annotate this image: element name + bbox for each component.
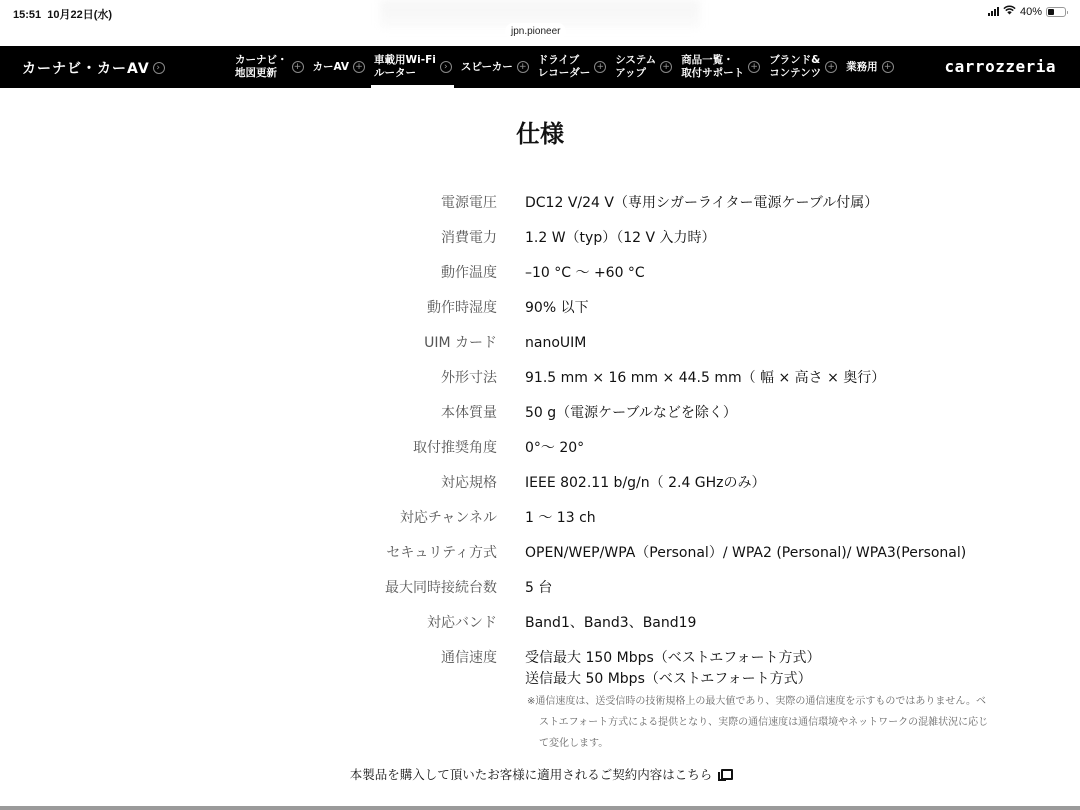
spec-value: 50 g（電源ケーブルなどを除く） xyxy=(525,403,737,423)
nav-item-label: 商品一覧・ 取付サポート xyxy=(681,54,744,80)
nav-item-5[interactable]: システム アップ+ xyxy=(612,46,678,88)
plus-circle-icon: + xyxy=(353,61,365,73)
nav-item-2[interactable]: 車載用Wi-Fi ルーター› xyxy=(371,46,458,88)
nav-menu: カーナビ・ 地図更新+カーAV+車載用Wi-Fi ルーター›スピーカー+ドライブ… xyxy=(232,46,900,88)
plus-circle-icon: + xyxy=(882,61,894,73)
chevron-circle-icon: › xyxy=(153,62,165,74)
nav-item-label: 車載用Wi-Fi ルーター xyxy=(374,54,436,80)
bottom-divider xyxy=(0,806,1080,810)
spec-label: UIM カード xyxy=(0,333,525,353)
nav-item-6[interactable]: 商品一覧・ 取付サポート+ xyxy=(678,46,766,88)
date: 10月22日(水) xyxy=(47,9,112,21)
carrozzeria-logo[interactable]: carrozzeria xyxy=(945,57,1056,76)
spec-row-speed: 通信速度受信最大 150 Mbps（ベストエフォート方式）送信最大 50 Mbp… xyxy=(0,648,1080,754)
cellular-signal-icon xyxy=(988,7,999,16)
spec-label: 対応チャンネル xyxy=(0,508,525,528)
nav-item-label: カーAV xyxy=(313,61,350,74)
spec-value: nanoUIM xyxy=(525,333,586,353)
spec-value: –10 °C 〜 +60 °C xyxy=(525,263,645,283)
spec-label: 本体質量 xyxy=(0,403,525,423)
spec-row: 本体質量50 g（電源ケーブルなどを除く） xyxy=(0,403,1080,438)
spec-label: 動作温度 xyxy=(0,263,525,283)
contract-link[interactable]: 本製品を購入して頂いたお客様に適用されるご契約内容はこちら xyxy=(0,765,1080,783)
spec-label: 動作時湿度 xyxy=(0,298,525,318)
status-bar: 15:51 10月22日(水) jpn.pioneer 40% xyxy=(0,0,1080,46)
spec-row: 消費電力1.2 W（typ）（12 V 入力時） xyxy=(0,228,1080,263)
spec-row: 電源電圧DC12 V/24 V（専用シガーライター電源ケーブル付属） xyxy=(0,193,1080,228)
spec-label: 消費電力 xyxy=(0,228,525,248)
status-indicators: 40% xyxy=(988,5,1066,18)
nav-item-4[interactable]: ドライブ レコーダー+ xyxy=(535,46,613,88)
nav-item-1[interactable]: カーAV+ xyxy=(310,46,372,88)
spec-value: 5 台 xyxy=(525,578,552,598)
spec-label: 通信速度 xyxy=(0,648,525,668)
battery-icon xyxy=(1046,7,1066,17)
spec-row: セキュリティ方式OPEN/WEP/WPA（Personal）/ WPA2 (Pe… xyxy=(0,543,1080,578)
nav-item-8[interactable]: 業務用+ xyxy=(843,46,900,88)
plus-circle-icon: + xyxy=(748,61,760,73)
chevron-circle-icon: › xyxy=(440,61,452,73)
plus-circle-icon: + xyxy=(292,61,304,73)
nav-item-label: スピーカー xyxy=(461,61,513,74)
spec-row: 最大同時接続台数5 台 xyxy=(0,578,1080,613)
spec-value: IEEE 802.11 b/g/n（ 2.4 GHzのみ） xyxy=(525,473,766,493)
spec-label: 電源電圧 xyxy=(0,193,525,213)
nav-item-3[interactable]: スピーカー+ xyxy=(458,46,535,88)
status-time: 15:51 10月22日(水) xyxy=(13,6,112,22)
spec-value: 90% 以下 xyxy=(525,298,589,318)
spec-table: 電源電圧DC12 V/24 V（専用シガーライター電源ケーブル付属）消費電力1.… xyxy=(0,193,1080,754)
spec-label: セキュリティ方式 xyxy=(0,543,525,563)
page-title: 仕様 xyxy=(0,114,1080,149)
battery-percent: 40% xyxy=(1020,6,1042,18)
spec-value: 1 〜 13 ch xyxy=(525,508,596,528)
nav-item-label: ブランド& コンテンツ xyxy=(769,54,821,80)
spec-row: 動作温度–10 °C 〜 +60 °C xyxy=(0,263,1080,298)
nav-brand-label: カーナビ・カーAV xyxy=(22,58,150,78)
spec-label: 外形寸法 xyxy=(0,368,525,388)
plus-circle-icon: + xyxy=(594,61,606,73)
nav-item-0[interactable]: カーナビ・ 地図更新+ xyxy=(232,46,310,88)
external-window-icon xyxy=(718,769,730,780)
speed-note: ※通信速度は、送受信時の技術規格上の最大値であり、実際の通信速度を示すものではあ… xyxy=(525,691,995,754)
speed-line: 送信最大 50 Mbps（ベストエフォート方式） xyxy=(525,669,995,690)
plus-circle-icon: + xyxy=(825,61,837,73)
spec-label: 対応バンド xyxy=(0,613,525,633)
spec-label: 取付推奨角度 xyxy=(0,438,525,458)
spec-row: 動作時湿度90% 以下 xyxy=(0,298,1080,333)
spec-value: 0°〜 20° xyxy=(525,438,584,458)
wifi-icon xyxy=(1003,5,1016,18)
spec-row: UIM カードnanoUIM xyxy=(0,333,1080,368)
spec-row: 取付推奨角度0°〜 20° xyxy=(0,438,1080,473)
spec-row: 対応規格IEEE 802.11 b/g/n（ 2.4 GHzのみ） xyxy=(0,473,1080,508)
spec-label: 対応規格 xyxy=(0,473,525,493)
spec-row: 外形寸法91.5 mm × 16 mm × 44.5 mm（ 幅 × 高さ × … xyxy=(0,368,1080,403)
nav-item-label: システム アップ xyxy=(615,54,656,80)
spec-value: 1.2 W（typ）（12 V 入力時） xyxy=(525,228,716,248)
spec-value: Band1、Band3、Band19 xyxy=(525,613,696,633)
spec-row: 対応バンドBand1、Band3、Band19 xyxy=(0,613,1080,648)
spec-value: DC12 V/24 V（専用シガーライター電源ケーブル付属） xyxy=(525,193,878,213)
plus-circle-icon: + xyxy=(660,61,672,73)
spec-label: 最大同時接続台数 xyxy=(0,578,525,598)
plus-circle-icon: + xyxy=(517,61,529,73)
nav-item-label: カーナビ・ 地図更新 xyxy=(235,54,288,80)
contract-link-label: 本製品を購入して頂いたお客様に適用されるご契約内容はこちら xyxy=(350,765,713,783)
nav-brand-link[interactable]: カーナビ・カーAV › xyxy=(22,58,165,78)
spec-value: OPEN/WEP/WPA（Personal）/ WPA2 (Personal)/… xyxy=(525,543,966,563)
nav-item-label: ドライブ レコーダー xyxy=(538,54,591,80)
main-nav: カーナビ・カーAV › カーナビ・ 地図更新+カーAV+車載用Wi-Fi ルータ… xyxy=(0,46,1080,88)
nav-item-7[interactable]: ブランド& コンテンツ+ xyxy=(766,46,843,88)
spec-value: 91.5 mm × 16 mm × 44.5 mm（ 幅 × 高さ × 奥行） xyxy=(525,368,885,388)
spec-row: 対応チャンネル1 〜 13 ch xyxy=(0,508,1080,543)
nav-item-label: 業務用 xyxy=(846,61,878,74)
url-pill[interactable]: jpn.pioneer xyxy=(505,23,566,40)
spec-value: 受信最大 150 Mbps（ベストエフォート方式）送信最大 50 Mbps（ベス… xyxy=(525,648,995,754)
time: 15:51 xyxy=(13,9,41,21)
speed-line: 受信最大 150 Mbps（ベストエフォート方式） xyxy=(525,648,995,669)
